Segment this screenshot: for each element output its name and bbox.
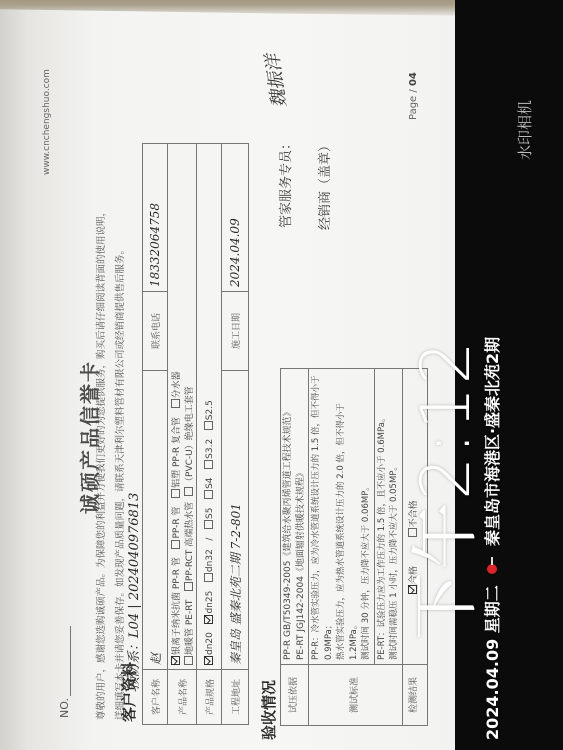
page-indicator: Page / 04: [408, 72, 419, 120]
test-standard-ppr: PP-R：冷水管实验压力，应为冷水管道系统设计压力的 1.5 倍，但不得小于 0…: [309, 369, 375, 665]
option-label: dn25: [205, 591, 215, 614]
checkbox-manifold[interactable]: [171, 399, 180, 408]
checkbox-pert[interactable]: [184, 656, 193, 665]
checkbox-dn25[interactable]: [204, 615, 213, 624]
project-address-label: 工程地址: [222, 670, 249, 725]
acceptance-heading: 验收情况: [258, 680, 279, 740]
watermark-info: 2024.04.09 星期二 秦皇岛市海港区·盛秦北苑2期: [480, 337, 503, 740]
watermark-location: 秦皇岛市海港区·盛秦北苑2期: [483, 337, 502, 546]
serial-number-line: [70, 626, 71, 696]
table-row: 测试标准 PP-R：冷水管实验压力，应为冷水管道系统设计压力的 1.5 倍，但不…: [309, 369, 375, 726]
table-row: 工程地址 秦皇岛 盛秦北苑二期 7-2-801 施工日期 2024.04.09: [222, 144, 249, 725]
watermark-camera-app-name: 水印相机: [514, 146, 535, 160]
construction-date-value: 2024.04.09: [222, 144, 249, 292]
checkbox-s4[interactable]: [204, 490, 213, 499]
table-row: 产品名称 银离子纳米抗菌 PP-R 管 PP-R 管 铝塑 PP-R 复合管 分…: [168, 144, 197, 725]
checkbox-s2-5[interactable]: [204, 421, 213, 430]
option-label: S5: [205, 508, 215, 519]
option-label: dn32: [205, 549, 215, 572]
option-label: 分水器: [172, 371, 182, 398]
phone-value: 18332064758: [143, 144, 168, 292]
service-manager-label: 管家服务专员：: [275, 137, 294, 228]
pressure-basis-label: 试压依据: [281, 665, 309, 726]
checkbox-pprct[interactable]: [184, 582, 193, 591]
checkbox-ppr[interactable]: [171, 540, 180, 549]
text-line: PP-R：冷水管实验压力，应为冷水管道系统设计压力的 1.5 倍，但不得小于 0…: [310, 373, 335, 660]
handwritten-note: 预防系：L04 | 2024040976813: [123, 493, 142, 690]
option-label: S2.5: [205, 400, 215, 420]
option-label: 铝塑 PP-R 复合管: [172, 417, 182, 488]
watermark-weekday: 星期二: [483, 585, 502, 633]
checkbox-dn32[interactable]: [204, 573, 213, 582]
serial-number-label: NO.: [58, 698, 71, 718]
product-spec-label: 产品规格: [197, 670, 222, 725]
product-name-label: 产品名称: [168, 670, 197, 725]
product-spec-options: dn20 dn25 dn32 / S5 S4 S3.2 S2.5: [197, 144, 222, 670]
text-line: PE-RT：试验压力应为工作压力的 1.5 倍，且不应小于 0.6MPa。: [376, 373, 389, 660]
option-label: S3.2: [205, 439, 215, 459]
watermark-time: 下午2:12: [392, 339, 489, 640]
option-label: dn20: [205, 632, 215, 655]
table-row: 试压依据 PP-R GB/T50349-2005《建筑给水聚丙烯管道工程技术规范…: [281, 369, 309, 726]
company-website: www.cnchengshuo.com: [42, 69, 52, 175]
test-standard-label: 测试标准: [309, 665, 403, 726]
product-name-options: 银离子纳米抗菌 PP-R 管 PP-R 管 铝塑 PP-R 复合管 分水器 地暖…: [168, 144, 197, 670]
customer-info-table: 客户名称 赵 联系电话 18332064758 产品名称 银离子纳米抗菌 PP-…: [142, 143, 249, 725]
checkbox-s3-2[interactable]: [204, 460, 213, 469]
pressure-basis-value: PP-R GB/T50349-2005《建筑给水聚丙烯管道工程技术规范》 PE-…: [281, 369, 309, 665]
table-row: 客户名称 赵 联系电话 18332064758: [143, 144, 168, 725]
option-label: （PVC-U）绝缘电工套管: [185, 386, 195, 486]
checkbox-pvcu[interactable]: [184, 487, 193, 496]
intro-line-1: 尊敬的用户，感谢您选购诚硕产品。为保障您的利益并方便我们更好的为您提供服务，购买…: [92, 40, 111, 720]
option-label: PP-RCT 高端热水管: [185, 502, 195, 581]
watermark-date: 2024.04.09: [483, 639, 502, 740]
checkbox-al-ppr[interactable]: [171, 489, 180, 498]
checkbox-dn20[interactable]: [204, 656, 213, 665]
text-line: PE-RT JGJ142-2004《地面辐射供暖技术规程》: [295, 373, 308, 660]
project-address-value: 秦皇岛 盛秦北苑二期 7-2-801: [222, 371, 249, 670]
text-line: PP-R GB/T50349-2005《建筑给水聚丙烯管道工程技术规范》: [282, 373, 295, 660]
option-label: S4: [205, 477, 215, 488]
text-line: 热水管实验压力，应为热水管道系统设计压力的 2.0 倍，但不得小于 1.2MPa…: [335, 373, 360, 660]
test-result-label: 检测结果: [402, 665, 427, 726]
torn-paper-edge: [0, 0, 470, 18]
checkbox-silver-ion-ppr[interactable]: [171, 656, 180, 665]
option-label: 银离子纳米抗菌 PP-R 管: [172, 557, 182, 655]
text-line: 测试时间 30 分钟，压力降不应大于 0.06MP。: [360, 373, 373, 660]
service-manager-signature: 魏振洋: [258, 52, 291, 109]
construction-date-label: 施工日期: [222, 292, 249, 371]
table-row: 产品规格 dn20 dn25 dn32 / S5 S4 S3.2 S2.5: [197, 144, 222, 725]
page-number: 04: [408, 72, 419, 86]
option-label: PP-R 管: [172, 506, 182, 538]
customer-name-label: 客户名称: [143, 670, 168, 725]
option-label: 地暖管 PE-RT: [185, 600, 195, 655]
location-pin-icon: [487, 564, 497, 574]
phone-label: 联系电话: [143, 292, 168, 371]
separator: /: [205, 538, 215, 541]
customer-name-value: 赵: [143, 371, 168, 670]
page-label: Page /: [408, 89, 419, 120]
dealer-stamp-label: 经销商（盖章）: [314, 139, 333, 230]
checkbox-s5[interactable]: [204, 520, 213, 529]
